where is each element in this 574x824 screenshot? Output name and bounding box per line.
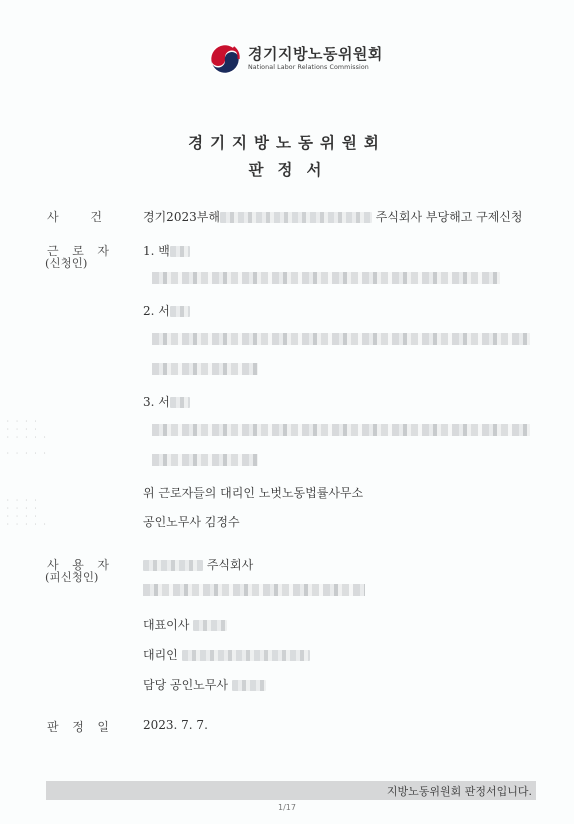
redacted-worker-2-address-cont (152, 363, 258, 375)
redacted-worker-2-address (152, 333, 530, 345)
decision-date-label: 판 정 일 (47, 718, 109, 735)
redacted-employer-address (143, 584, 365, 596)
case-value: 경기2023부해 주식회사 부당해고 구제신청 (143, 208, 522, 225)
worker-2-name: 2. 서 (143, 302, 190, 319)
commission-logo: 경기지방노동위원회 National Labor Relations Commi… (208, 42, 383, 76)
document-title: 판정서 (0, 158, 574, 180)
org-name-korean: 경기지방노동위원회 (248, 46, 383, 63)
employer-sublabel: (피신청인) (45, 569, 98, 585)
workers-attorney: 공인노무사 김정수 (143, 513, 240, 530)
decision-date-value: 2023. 7. 7. (143, 718, 208, 732)
workers-representative: 위 근로자들의 대리인 노벗노동법률사무소 (143, 484, 363, 501)
margin-marks: · · · ·· · · ·· · · ·· · · · · (6, 497, 48, 529)
employer-agent: 대리인 (143, 646, 310, 663)
case-number-prefix: 경기2023부해 (143, 210, 220, 224)
org-name-english: National Labor Relations Commission (248, 63, 383, 73)
document-org-title: 경기지방노동위원회 (0, 131, 574, 153)
worker-1-name: 1. 백 (143, 242, 190, 259)
redacted-worker-1-address (152, 272, 500, 284)
footer-banner-text: 지방노동위원회 판정서입니다. (387, 783, 532, 799)
page-indicator: 1/17 (0, 803, 574, 812)
redacted-worker-3-address (152, 424, 530, 436)
employer-ceo: 대표이사 (143, 616, 227, 633)
employer-attorney: 담당 공인노무사 (143, 676, 266, 693)
redacted-ceo-name (193, 620, 227, 631)
redacted-case-number (220, 212, 372, 223)
margin-marks: · · · ·· · · ·· · · · ·· · · · · (6, 418, 48, 458)
taegeuk-emblem-icon (208, 42, 242, 76)
redacted-worker-3-address-cont (152, 454, 258, 466)
case-subject: 주식회사 부당해고 구제신청 (376, 210, 523, 224)
worker-3-name: 3. 서 (143, 393, 190, 410)
redacted-attorney-name (232, 680, 266, 691)
case-label: 사 건 (47, 208, 102, 225)
redacted-agent-name (182, 650, 310, 661)
workers-sublabel: (신청인) (45, 255, 87, 271)
redacted-company-name (143, 560, 203, 571)
employer-company: 주식회사 (143, 556, 253, 573)
